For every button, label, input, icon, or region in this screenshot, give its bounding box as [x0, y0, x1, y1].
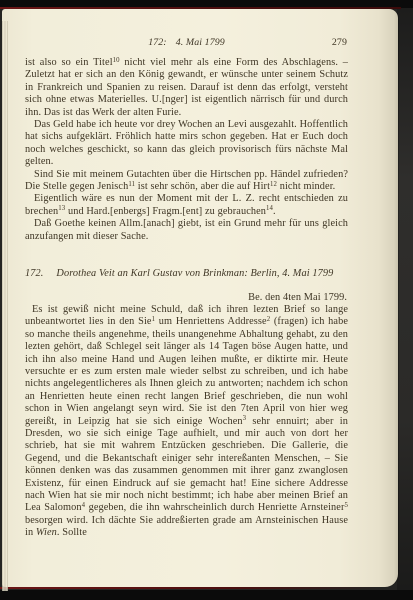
letter-172-body: Es ist gewiß nicht meine Schuld, daß ich…	[25, 304, 348, 540]
letter-171-paragraph-5: Daß Goethe keinen Allm.[anach] giebt, is…	[25, 218, 348, 243]
letter-172-heading: 172.Dorothea Veit an Karl Gustav von Bri…	[25, 268, 348, 280]
photo-background-right	[397, 0, 413, 600]
book-page-photo: 172:4. Mai 1799 279 ist also so ein Tite…	[0, 0, 413, 600]
running-head-letter-number: 172:	[148, 37, 167, 48]
letter-172-title: Dorothea Veit an Karl Gustav von Brinkma…	[56, 268, 333, 279]
letter-172-dateline: Be. den 4ten Mai 1799.	[25, 292, 348, 304]
running-head: 172:4. Mai 1799 279	[25, 37, 348, 50]
page-content: 172:4. Mai 1799 279 ist also so ein Tite…	[25, 37, 348, 540]
letter-172-number: 172.	[25, 268, 43, 279]
cover-edge-line-bottom	[0, 587, 380, 589]
letter-171-paragraph-3: Sind Sie mit meinem Gutachten über die H…	[25, 169, 348, 194]
running-head-date: 4. Mai 1799	[176, 37, 225, 48]
page-stack-edges	[2, 21, 8, 591]
letter-171-paragraph-4: Eigentlich wäre es nun der Moment mit de…	[25, 193, 348, 218]
letter-171-paragraph-2: Das Geld habe ich heute vor drey Wochen …	[25, 119, 348, 169]
photo-background-bottom	[0, 590, 413, 600]
page-number: 279	[332, 37, 347, 49]
book-page: 172:4. Mai 1799 279 ist also so ein Tite…	[2, 9, 398, 587]
letter-171-paragraph-1: ist also so ein Titel10 nicht viel mehr …	[25, 57, 348, 119]
